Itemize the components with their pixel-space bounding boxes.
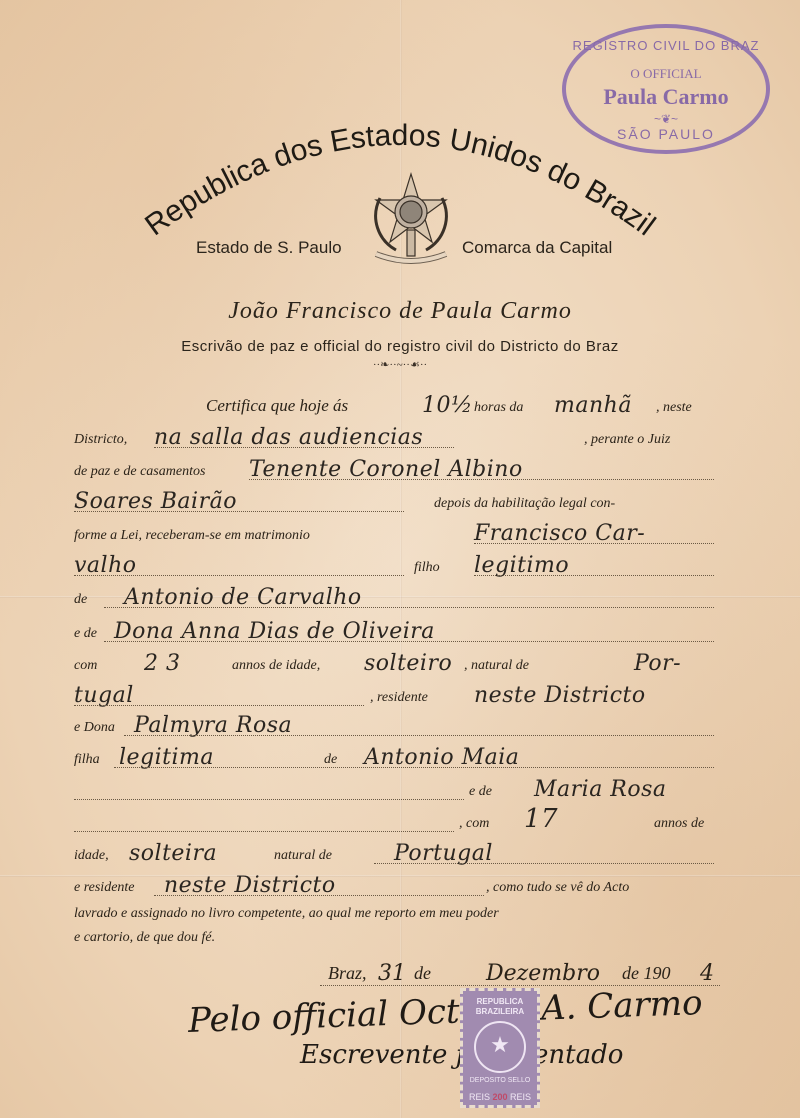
fill-line bbox=[104, 641, 714, 642]
fill-line bbox=[374, 863, 714, 864]
body-line-3: de paz e de casamentos Tenente Coronel A… bbox=[74, 452, 714, 484]
fill-line bbox=[249, 479, 714, 480]
revenue-stamp-seal: ★ bbox=[474, 1021, 526, 1073]
handwritten-bride-status: solteira bbox=[129, 841, 217, 866]
body-line-6: valho filho legitimo bbox=[74, 548, 714, 580]
state-label: Estado de S. Paulo bbox=[196, 238, 342, 258]
value-currency-right: REIS bbox=[510, 1092, 531, 1102]
printed-text: forme a Lei, receberam-se em matrimonio bbox=[74, 528, 310, 544]
handwritten-time: 10½ bbox=[422, 393, 473, 418]
printed-text: com bbox=[74, 658, 97, 674]
revenue-stamp-title: REPUBLICA BRAZILEIRA bbox=[463, 997, 537, 1017]
printed-text: , residente bbox=[370, 690, 428, 706]
handwritten-groom-age: 2 3 bbox=[144, 651, 181, 676]
printed-text: de bbox=[324, 752, 337, 768]
body-line-4: Soares Bairão depois da habilitação lega… bbox=[74, 484, 714, 516]
star-icon: ★ bbox=[476, 1033, 524, 1057]
value-amount: 200 bbox=[492, 1092, 507, 1102]
fill-line bbox=[74, 575, 404, 576]
fill-line bbox=[474, 575, 714, 576]
fill-line bbox=[74, 831, 454, 832]
fill-line bbox=[104, 607, 714, 608]
body-line-7: de Antonio de Carvalho bbox=[74, 580, 714, 612]
registrar-role: Escrivão de paz e official do registro c… bbox=[0, 338, 800, 355]
printed-text: de paz e de casamentos bbox=[74, 464, 205, 480]
stamp-arc-text: REGISTRO CIVIL DO BRAZ bbox=[566, 38, 766, 53]
fill-line bbox=[474, 543, 714, 544]
handwritten-bride-age: 17 bbox=[524, 804, 558, 834]
date-day: 31 bbox=[378, 961, 406, 986]
printed-text: annos de bbox=[654, 816, 704, 832]
body-line-12: filha legitima de Antonio Maia bbox=[74, 740, 714, 772]
fill-line bbox=[74, 799, 464, 800]
body-line-5: forme a Lei, receberam-se em matrimonio … bbox=[74, 516, 714, 548]
fill-line bbox=[74, 511, 404, 512]
printed-text: e Dona bbox=[74, 720, 115, 736]
printed-text: e cartorio, de que dou fé. bbox=[74, 930, 215, 946]
printed-text: , natural de bbox=[464, 658, 529, 674]
revenue-stamp-subtitle: DEPOSITO SELLO bbox=[463, 1077, 537, 1084]
fill-line bbox=[74, 705, 364, 706]
handwritten-groom-residence: neste Districto bbox=[474, 683, 646, 708]
printed-text: filha bbox=[74, 752, 100, 768]
printed-text: e de bbox=[469, 784, 492, 800]
body-line-8: e de Dona Anna Dias de Oliveira bbox=[74, 614, 714, 646]
handwritten-groom-status: solteiro bbox=[364, 651, 452, 676]
printed-text: depois da habilitação legal con- bbox=[434, 496, 615, 512]
body-line-18: e cartorio, de que dou fé. bbox=[74, 918, 714, 950]
printed-text: horas da bbox=[474, 400, 523, 416]
body-line-13: e de Maria Rosa bbox=[74, 772, 714, 804]
handwritten-groom-origin: Por- bbox=[634, 651, 681, 676]
printed-text: natural de bbox=[274, 848, 332, 864]
printed-text: , perante o Juiz bbox=[584, 432, 670, 448]
printed-text: de 190 bbox=[622, 963, 671, 984]
printed-text: idade, bbox=[74, 848, 109, 864]
printed-text: filho bbox=[414, 560, 440, 576]
district-label: Comarca da Capital bbox=[462, 238, 612, 258]
printed-text: de bbox=[414, 963, 431, 984]
printed-text: annos de idade, bbox=[232, 658, 320, 674]
registrar-name: João Francisco de Paula Carmo bbox=[0, 298, 800, 325]
fill-line bbox=[124, 735, 714, 736]
printed-text: e de bbox=[74, 626, 97, 642]
body-line-1: Certifica que hoje ás 10½ horas da manhã… bbox=[74, 388, 714, 420]
revenue-stamp-value: REIS 200 REIS bbox=[463, 1092, 537, 1102]
body-line-9: com 2 3 annos de idade, solteiro , natur… bbox=[74, 646, 714, 678]
date-month: Dezembro bbox=[486, 961, 600, 986]
printed-text: , com bbox=[459, 816, 489, 832]
body-line-14: , com 17 annos de bbox=[74, 804, 714, 836]
printed-text: Certifica que hoje ás bbox=[206, 396, 348, 416]
value-currency-left: REIS bbox=[469, 1092, 490, 1102]
revenue-stamp: REPUBLICA BRAZILEIRA ★ DEPOSITO SELLO RE… bbox=[460, 988, 540, 1108]
body-line-15: idade, solteira natural de Portugal bbox=[74, 836, 714, 868]
ornament-divider-icon: ··❧··~··☙·· bbox=[0, 358, 800, 371]
handwritten-bride-mother: Maria Rosa bbox=[534, 777, 667, 802]
printed-text: de bbox=[74, 592, 87, 608]
body-line-10: tugal , residente neste Districto bbox=[74, 678, 714, 710]
printed-text: , neste bbox=[656, 400, 692, 416]
fill-line bbox=[154, 447, 454, 448]
body-line-11: e Dona Palmyra Rosa bbox=[74, 708, 714, 740]
brazil-coat-of-arms-icon bbox=[366, 168, 456, 278]
handwritten-period: manhã bbox=[554, 393, 632, 418]
fill-line bbox=[114, 767, 714, 768]
date-place: Braz, bbox=[328, 963, 367, 984]
printed-text: Districto, bbox=[74, 432, 127, 448]
body-line-2: Districto, na salla das audiencias , per… bbox=[74, 420, 714, 452]
signature-line-1: Pelo official Octavio A. Carmo bbox=[187, 983, 703, 1041]
